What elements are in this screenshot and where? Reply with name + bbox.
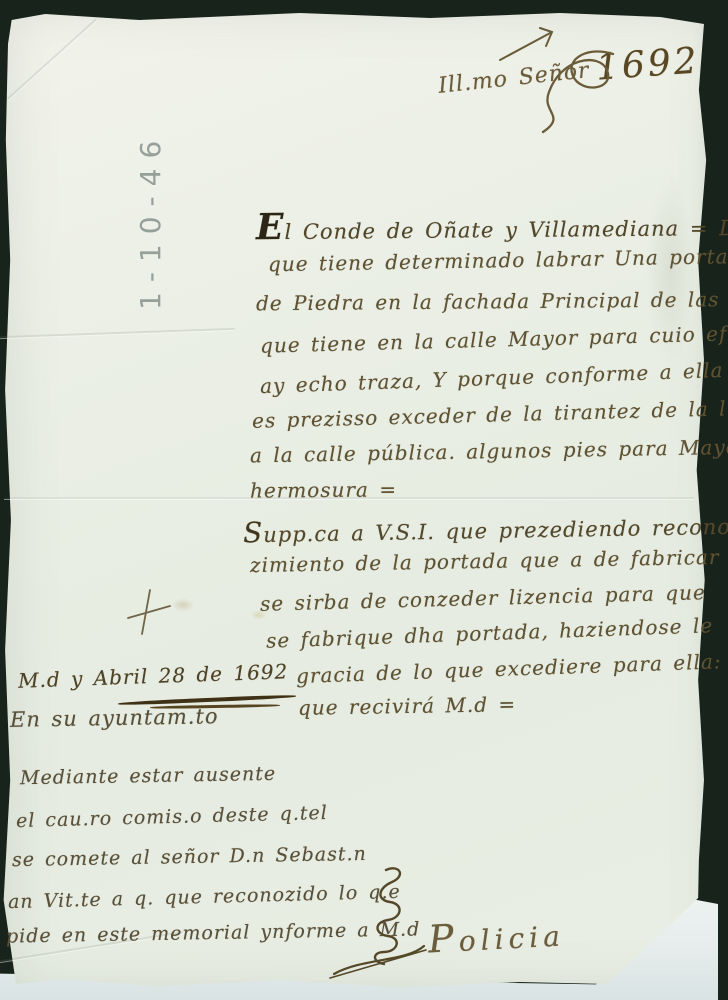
filing-signature: Policia (427, 910, 566, 961)
edge-shadow-stain (640, 150, 700, 390)
margin-note-line: En su ayuntam.to (10, 704, 219, 732)
scanned-document-canvas: 1-10-46 1692 Ill.mo Señor El Conde de Oñ… (0, 0, 728, 1000)
archive-shelf-mark: 1-10-46 (134, 131, 167, 310)
margin-note-line: Mediante estar ausente (20, 763, 277, 789)
rubric-icon (328, 862, 432, 980)
margin-cross-icon (124, 584, 176, 640)
manuscript-line: hermosura = (250, 477, 397, 502)
manuscript-line: de Piedra en la fachada Principal de las… (256, 287, 728, 316)
manuscript-line: que recivirá M.d = (298, 692, 517, 720)
manuscript-line: El Conde de Oñate y Villamediana = Dize (256, 202, 728, 248)
paraph-flourish-icon (535, 48, 630, 138)
